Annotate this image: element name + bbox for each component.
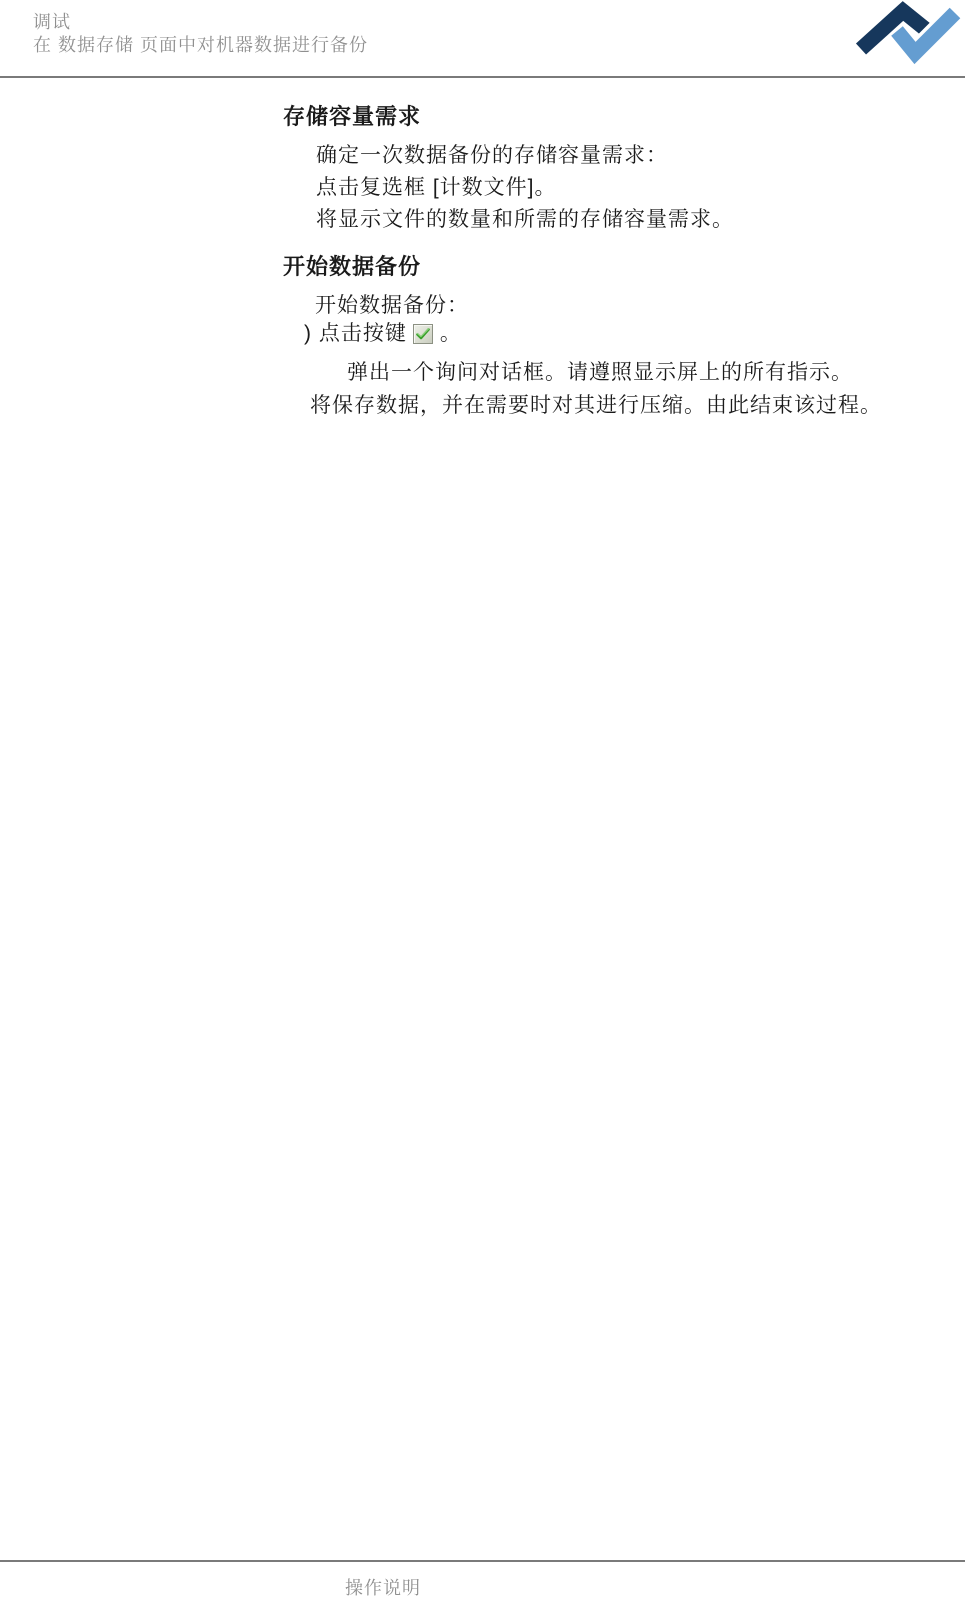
start-backup-step: ) 点击按键 。 bbox=[304, 321, 462, 346]
storage-requirement-line-3: 将显示文件的数量和所需的存储容量需求。 bbox=[316, 207, 734, 232]
header-chapter: 调试 bbox=[33, 11, 71, 34]
start-backup-result-2: 将保存数据，并在需要时对其进行压缩。由此结束该过程。 bbox=[310, 393, 882, 418]
storage-requirement-line-2: 点击复选框 [计数文件]。 bbox=[316, 175, 557, 200]
step-suffix: 。 bbox=[440, 321, 462, 346]
brand-logo bbox=[842, 1, 963, 68]
start-backup-intro: 开始数据备份： bbox=[315, 293, 469, 318]
storage-requirement-line-1: 确定一次数据备份的存储容量需求： bbox=[316, 143, 668, 168]
confirm-checkmark-button bbox=[413, 324, 433, 344]
section-heading-storage-requirement: 存储容量需求 bbox=[283, 104, 421, 130]
header-divider bbox=[0, 76, 965, 78]
start-backup-result-1: 弹出一个询问对话框。请遵照显示屏上的所有指示。 bbox=[347, 360, 853, 385]
step-prefix: ) 点击按键 bbox=[304, 321, 407, 346]
check-icon bbox=[416, 328, 430, 340]
manual-page: 调试 在 数据存储 页面中对机器数据进行备份 存储容量需求 确定一次数据备份的存… bbox=[0, 0, 965, 1606]
header-topic: 在 数据存储 页面中对机器数据进行备份 bbox=[33, 34, 368, 57]
footer-divider bbox=[0, 1560, 965, 1562]
section-heading-start-backup: 开始数据备份 bbox=[283, 254, 421, 280]
footer-document-type: 操作说明 bbox=[345, 1577, 421, 1599]
